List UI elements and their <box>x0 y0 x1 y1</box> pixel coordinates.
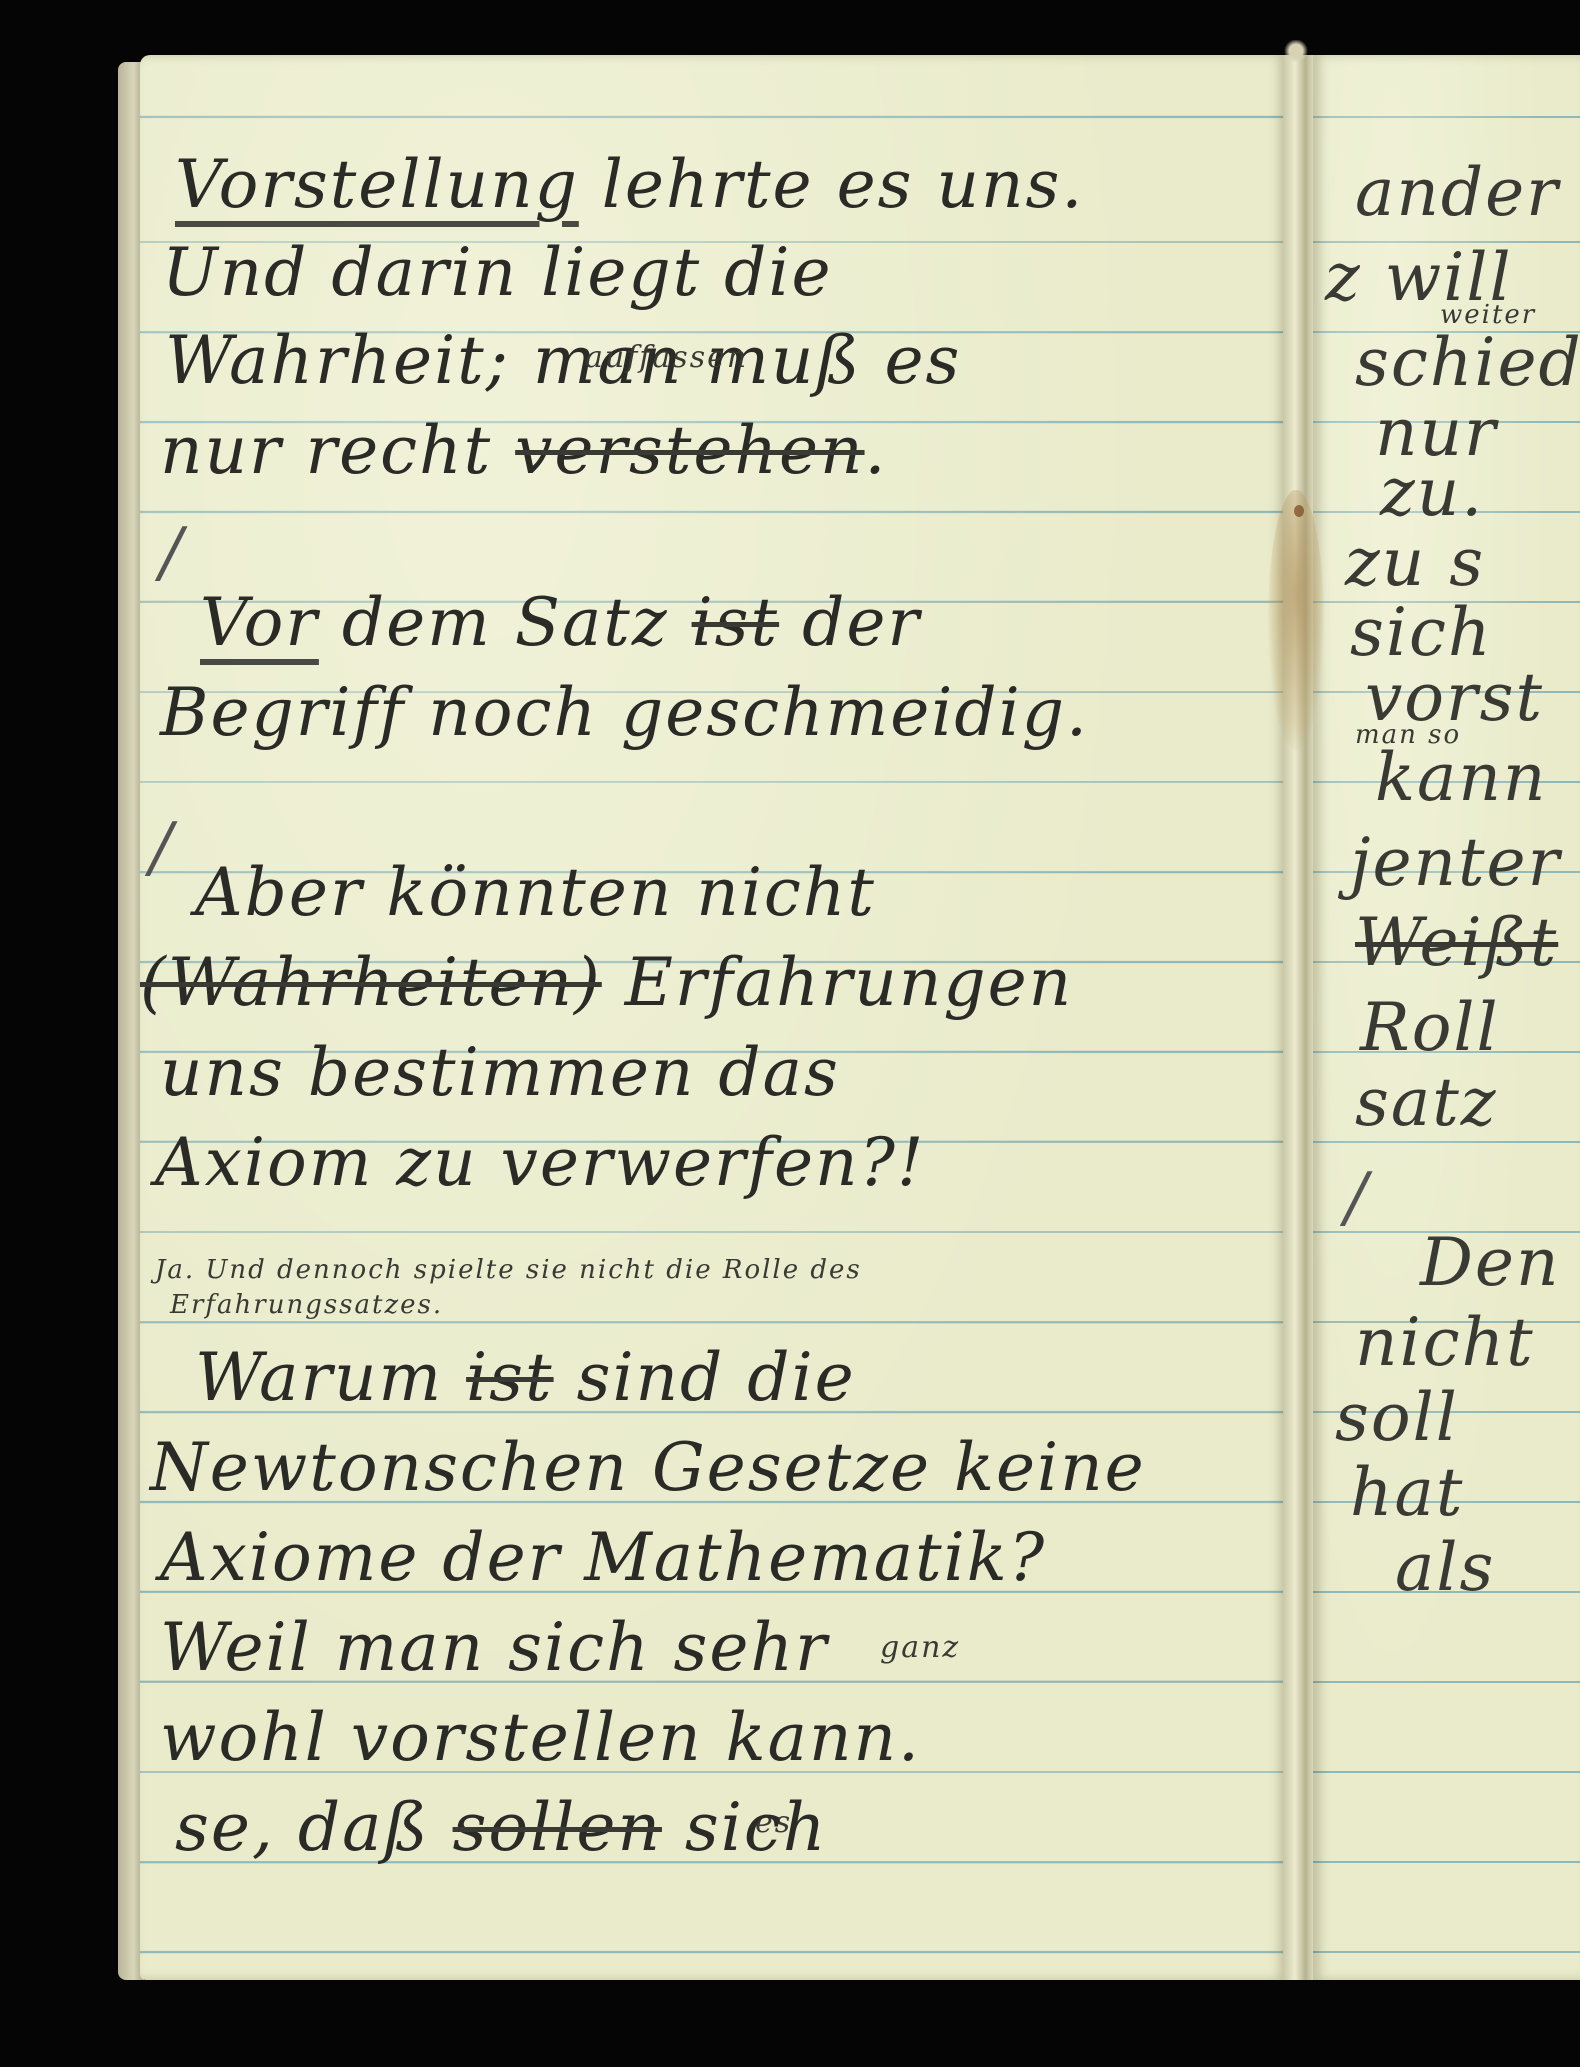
water-stain <box>1268 490 1324 750</box>
text-line-7: Aber könnten nicht <box>195 860 876 926</box>
text-line-16: se, daß sollen sich <box>175 1795 827 1861</box>
underlined-word: Vorstellung <box>175 146 579 223</box>
text-line-3: Wahrheit; man muß es <box>165 328 961 394</box>
text-line-11: Warum ist sind die <box>195 1345 856 1411</box>
separator-mark: / <box>150 815 174 881</box>
text-line-5: Vor dem Satz ist der <box>200 590 921 656</box>
text-line-15: wohl vorstellen kann. <box>160 1705 921 1771</box>
text-line-2: Und darin liegt die <box>162 240 833 306</box>
struck-word: ist <box>466 1339 554 1416</box>
right-line-9: kann <box>1375 745 1547 811</box>
text-line-1: Vorstellung lehrte es uns. <box>175 152 1084 218</box>
struck-word: (Wahrheiten) <box>140 944 602 1021</box>
insertion-above: auffassen <box>585 340 748 375</box>
right-line-6: zu s <box>1345 530 1485 596</box>
text-line-12: Newtonschen Gesetze keine <box>150 1435 1146 1501</box>
text-line-4: nur recht verstehen. <box>160 418 888 484</box>
text-line-14: Weil man sich sehr <box>160 1615 829 1681</box>
right-line-1: ander <box>1355 160 1560 226</box>
text-line-10: Axiom zu verwerfen?! <box>155 1130 925 1196</box>
right-line-3: schied <box>1355 330 1580 396</box>
right-line-11: Weißt <box>1355 910 1558 976</box>
right-line-14: Den <box>1420 1230 1560 1296</box>
binding-thread <box>1283 40 1309 62</box>
text-line-13: Axiome der Mathematik? <box>160 1525 1046 1591</box>
text-line-9: uns bestimmen das <box>160 1040 840 1106</box>
stain-spot <box>1294 505 1304 517</box>
right-line-7: sich <box>1350 600 1492 666</box>
right-line-10: jenter <box>1350 830 1561 896</box>
right-line-12: Roll <box>1360 995 1500 1061</box>
right-line-17: hat <box>1350 1460 1464 1526</box>
book-gutter <box>1283 55 1313 1980</box>
right-line-16: soll <box>1335 1385 1459 1451</box>
struck-word: ist <box>692 584 780 661</box>
right-line-5: zu. <box>1380 460 1484 526</box>
insertion-above: ganz <box>880 1630 960 1665</box>
right-line-15: nicht <box>1355 1310 1535 1376</box>
separator-mark: / <box>1345 1165 1369 1231</box>
margin-note-1: Ja. Und dennoch spielte sie nicht die Ro… <box>155 1255 862 1285</box>
text-line-6: Begriff noch geschmeidig. <box>160 680 1089 746</box>
margin-note-2: Erfahrungssatzes. <box>170 1290 443 1320</box>
struck-word: verstehen <box>515 412 864 489</box>
text-line-8: (Wahrheiten) Erfahrungen <box>140 950 1073 1016</box>
separator-mark: / <box>160 520 184 586</box>
right-line-13: satz <box>1355 1070 1498 1136</box>
struck-word: sollen <box>453 1789 662 1866</box>
right-line-18: als <box>1395 1535 1495 1601</box>
